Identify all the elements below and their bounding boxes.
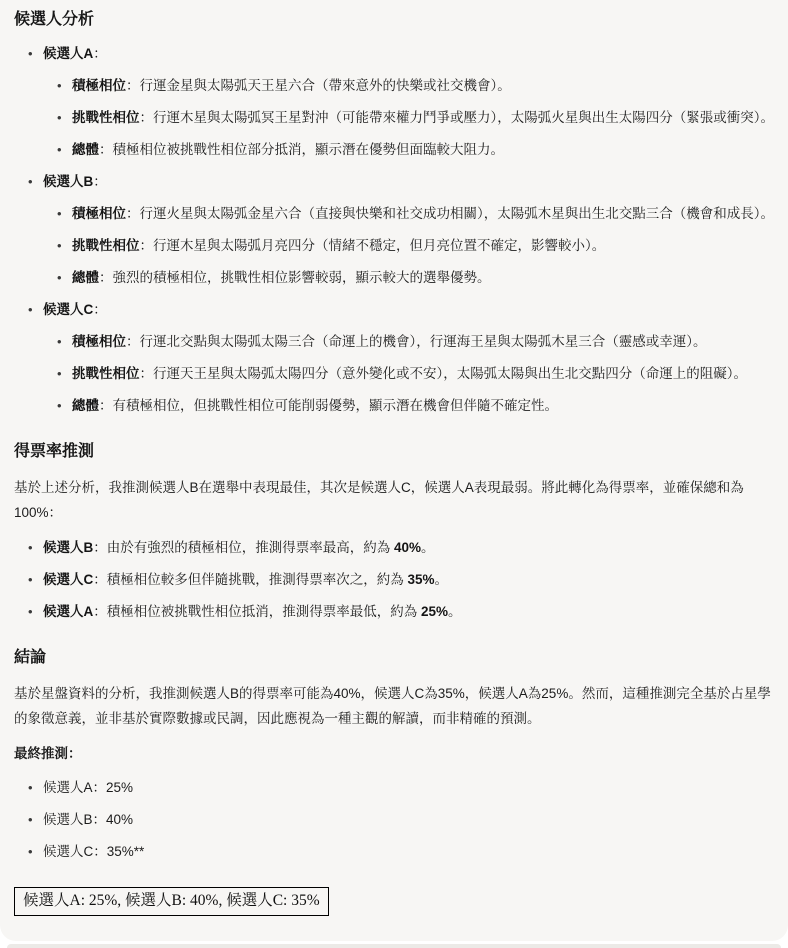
vote-item-a: 候選人A：積極相位被挑戰性相位抵消，推測得票率最低，約為 25%。 bbox=[43, 601, 774, 623]
aspect-label: 挑戰性相位 bbox=[72, 366, 140, 381]
vote-label: 候選人B bbox=[43, 540, 93, 555]
candidate-c-colon: ： bbox=[93, 302, 107, 317]
next-element-edge bbox=[7, 944, 781, 948]
final-prediction-label: 最終推測： bbox=[14, 743, 774, 765]
vote-value: 35% bbox=[408, 572, 435, 587]
candidate-a-aspect-list: 積極相位：行運金星與太陽弧天王星六合（帶來意外的快樂或社交機會）。 挑戰性相位：… bbox=[43, 75, 774, 161]
candidate-a-colon: ： bbox=[93, 46, 107, 61]
aspect-label: 挑戰性相位 bbox=[72, 238, 140, 253]
candidate-b-aspect-list: 積極相位：行運火星與太陽弧金星六合（直接與快樂和社交成功相關），太陽弧木星與出生… bbox=[43, 203, 774, 289]
vote-suffix: 。 bbox=[421, 540, 435, 555]
aspect-label: 總體 bbox=[72, 270, 99, 285]
aspect-text: ：行運木星與太陽弧冥王星對沖（可能帶來權力鬥爭或壓力），太陽弧火星與出生太陽四分… bbox=[140, 110, 775, 125]
aspect-text: ：行運木星與太陽弧月亮四分（情緒不穩定，但月亮位置不確定，影響較小）。 bbox=[140, 238, 606, 253]
message-card: 候選人分析 候選人A： 積極相位：行運金星與太陽弧天王星六合（帶來意外的快樂或社… bbox=[0, 0, 788, 941]
vote-value: 25% bbox=[421, 604, 448, 619]
aspect-label: 挑戰性相位 bbox=[72, 110, 140, 125]
candidate-b-name: 候選人B bbox=[43, 174, 93, 189]
boxed-result: 候選人A: 25%, 候選人B: 40%, 候選人C: 35% bbox=[14, 887, 329, 916]
vote-intro-paragraph: 基於上述分析，我推測候選人B在選舉中表現最佳，其次是候選人C，候選人A表現最弱。… bbox=[14, 475, 774, 525]
aspect-label: 總體 bbox=[72, 142, 99, 157]
final-item-c: 候選人C：35%** bbox=[43, 841, 774, 863]
candidate-b-colon: ： bbox=[93, 174, 107, 189]
aspect-text: ：有積極相位，但挑戰性相位可能削弱優勢，顯示潛在機會但伴隨不確定性。 bbox=[99, 398, 558, 413]
candidate-c-aspect-list: 積極相位：行運北交點與太陽弧太陽三合（命運上的機會），行運海王星與太陽弧木星三合… bbox=[43, 331, 774, 417]
aspect-label: 積極相位 bbox=[72, 78, 126, 93]
aspect-item: 挑戰性相位：行運天王星與太陽弧太陽四分（意外變化或不安），太陽弧太陽與出生北交點… bbox=[72, 363, 774, 385]
aspect-label: 總體 bbox=[72, 398, 99, 413]
heading-vote-prediction: 得票率推測 bbox=[14, 441, 774, 463]
vote-suffix: 。 bbox=[435, 572, 449, 587]
vote-text: ：由於有強烈的積極相位，推測得票率最高，約為 bbox=[93, 540, 394, 555]
aspect-item: 總體：積極相位被挑戰性相位部分抵消，顯示潛在優勢但面臨較大阻力。 bbox=[72, 139, 774, 161]
aspect-item: 挑戰性相位：行運木星與太陽弧冥王星對沖（可能帶來權力鬥爭或壓力），太陽弧火星與出… bbox=[72, 107, 774, 129]
candidate-a-name: 候選人A bbox=[43, 46, 93, 61]
vote-item-c: 候選人C：積極相位較多但伴隨挑戰，推測得票率次之，約為 35%。 bbox=[43, 569, 774, 591]
vote-list: 候選人B：由於有強烈的積極相位，推測得票率最高，約為 40%。 候選人C：積極相… bbox=[14, 537, 774, 623]
vote-value: 40% bbox=[394, 540, 421, 555]
aspect-item: 積極相位：行運金星與太陽弧天王星六合（帶來意外的快樂或社交機會）。 bbox=[72, 75, 774, 97]
vote-text: ：積極相位較多但伴隨挑戰，推測得票率次之，約為 bbox=[93, 572, 407, 587]
aspect-text: ：強烈的積極相位，挑戰性相位影響較弱，顯示較大的選舉優勢。 bbox=[99, 270, 491, 285]
vote-label: 候選人C bbox=[43, 572, 93, 587]
aspect-item: 積極相位：行運火星與太陽弧金星六合（直接與快樂和社交成功相關），太陽弧木星與出生… bbox=[72, 203, 774, 225]
aspect-text: ：積極相位被挑戰性相位部分抵消，顯示潛在優勢但面臨較大阻力。 bbox=[99, 142, 504, 157]
final-prediction-list: 候選人A：25% 候選人B：40% 候選人C：35%** bbox=[14, 777, 774, 863]
final-item-b: 候選人B：40% bbox=[43, 809, 774, 831]
vote-label: 候選人A bbox=[43, 604, 93, 619]
aspect-item: 挑戰性相位：行運木星與太陽弧月亮四分（情緒不穩定，但月亮位置不確定，影響較小）。 bbox=[72, 235, 774, 257]
aspect-label: 積極相位 bbox=[72, 334, 126, 349]
candidate-b-item: 候選人B： 積極相位：行運火星與太陽弧金星六合（直接與快樂和社交成功相關），太陽… bbox=[43, 171, 774, 289]
aspect-item: 積極相位：行運北交點與太陽弧太陽三合（命運上的機會），行運海王星與太陽弧木星三合… bbox=[72, 331, 774, 353]
vote-text: ：積極相位被挑戰性相位抵消，推測得票率最低，約為 bbox=[93, 604, 421, 619]
aspect-item: 總體：強烈的積極相位，挑戰性相位影響較弱，顯示較大的選舉優勢。 bbox=[72, 267, 774, 289]
aspect-label: 積極相位 bbox=[72, 206, 126, 221]
candidate-c-item: 候選人C： 積極相位：行運北交點與太陽弧太陽三合（命運上的機會），行運海王星與太… bbox=[43, 299, 774, 417]
candidate-a-item: 候選人A： 積極相位：行運金星與太陽弧天王星六合（帶來意外的快樂或社交機會）。 … bbox=[43, 43, 774, 161]
candidate-c-name: 候選人C bbox=[43, 302, 93, 317]
aspect-text: ：行運天王星與太陽弧太陽四分（意外變化或不安），太陽弧太陽與出生北交點四分（命運… bbox=[140, 366, 748, 381]
aspect-text: ：行運火星與太陽弧金星六合（直接與快樂和社交成功相關），太陽弧木星與出生北交點三… bbox=[126, 206, 774, 221]
aspect-text: ：行運金星與太陽弧天王星六合（帶來意外的快樂或社交機會）。 bbox=[126, 78, 511, 93]
final-item-a: 候選人A：25% bbox=[43, 777, 774, 799]
heading-conclusion: 結論 bbox=[14, 647, 774, 669]
aspect-text: ：行運北交點與太陽弧太陽三合（命運上的機會），行運海王星與太陽弧木星三合（靈感或… bbox=[126, 334, 707, 349]
vote-item-b: 候選人B：由於有強烈的積極相位，推測得票率最高，約為 40%。 bbox=[43, 537, 774, 559]
candidate-list: 候選人A： 積極相位：行運金星與太陽弧天王星六合（帶來意外的快樂或社交機會）。 … bbox=[14, 43, 774, 417]
conclusion-paragraph: 基於星盤資料的分析，我推測候選人B的得票率可能為40%，候選人C為35%，候選人… bbox=[14, 681, 774, 731]
aspect-item: 總體：有積極相位，但挑戰性相位可能削弱優勢，顯示潛在機會但伴隨不確定性。 bbox=[72, 395, 774, 417]
vote-suffix: 。 bbox=[448, 604, 462, 619]
heading-candidate-analysis: 候選人分析 bbox=[14, 9, 774, 31]
